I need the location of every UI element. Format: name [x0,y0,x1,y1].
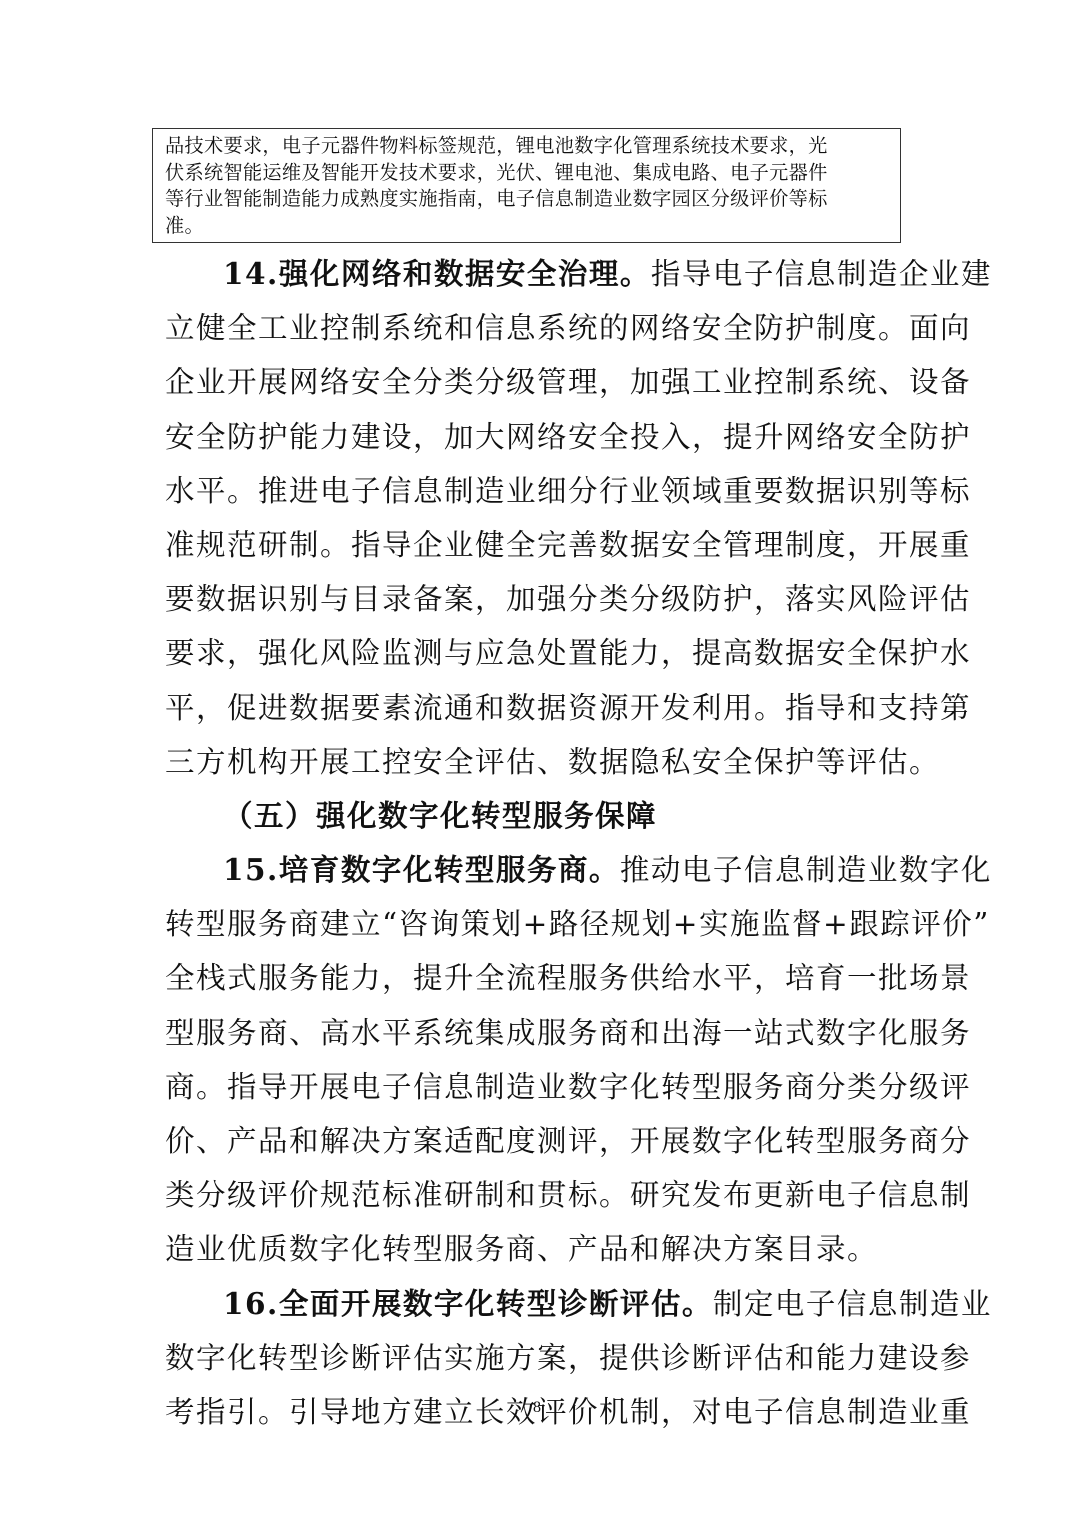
paragraph-line: 安全防护能力建设，加大网络安全投入，提升网络安全防护 [165,410,913,464]
paragraph-line: 商。指导开展电子信息制造业数字化转型服务商分类分级评 [165,1060,913,1114]
section-14-first-line: 14.强化网络和数据安全治理。指导电子信息制造企业建 [165,247,913,301]
paragraph-line: 类分级评价规范标准研制和贯标。研究发布更新电子信息制 [165,1168,913,1222]
section-15-first-line: 15.培育数字化转型服务商。推动电子信息制造业数字化 [165,843,913,897]
box-line: 准。 [165,213,890,240]
paragraph-line: 造业优质数字化转型服务商、产品和解决方案目录。 [165,1222,913,1276]
paragraph-line: 立健全工业控制系统和信息系统的网络安全防护制度。面向 [165,301,913,355]
section-16-first-line: 16.全面开展数字化转型诊断评估。制定电子信息制造业 [165,1277,913,1331]
box-line: 伏系统智能运维及智能开发技术要求，光伏、锂电池、集成电路、电子元器件 [165,160,890,187]
page-number: 8 [0,1399,1074,1417]
paragraph-line: 要数据识别与目录备案，加强分类分级防护，落实风险评估 [165,572,913,626]
paragraph-line: 三方机构开展工控安全评估、数据隐私安全保护等评估。 [165,735,913,789]
paragraph-line: 平，促进数据要素流通和数据资源开发利用。指导和支持第 [165,681,913,735]
section-15-title: 15.培育数字化转型服务商。 [223,852,620,887]
section-15-text: 推动电子信息制造业数字化 [620,853,992,887]
section-16-text: 制定电子信息制造业 [713,1287,992,1321]
boxed-standards-note: 品技术要求，电子元器件物料标签规范，锂电池数字化管理系统技术要求，光 伏系统智能… [152,128,901,243]
paragraph-line: 数字化转型诊断评估实施方案，提供诊断评估和能力建设参 [165,1331,913,1385]
section-14-text: 指导电子信息制造企业建 [651,257,992,291]
box-line: 品技术要求，电子元器件物料标签规范，锂电池数字化管理系统技术要求，光 [165,133,890,160]
paragraph-line: 转型服务商建立“咨询策划+路径规划+实施监督+跟踪评价” [165,897,913,951]
paragraph-line: 水平。推进电子信息制造业细分行业领域重要数据识别等标 [165,464,913,518]
paragraph-line: 型服务商、高水平系统集成服务商和出海一站式数字化服务 [165,1006,913,1060]
section-heading-5: （五）强化数字化转型服务保障 [165,789,913,843]
paragraph-line: 要求，强化风险监测与应急处置能力，提高数据安全保护水 [165,626,913,680]
section-14-title: 14.强化网络和数据安全治理。 [223,256,651,291]
paragraph-line: 准规范研制。指导企业健全完善数据安全管理制度，开展重 [165,518,913,572]
box-line: 等行业智能制造能力成熟度实施指南，电子信息制造业数字园区分级评价等标 [165,186,890,213]
section-16-title: 16.全面开展数字化转型诊断评估。 [223,1286,713,1321]
paragraph-line: 企业开展网络安全分类分级管理，加强工业控制系统、设备 [165,355,913,409]
document-body: 14.强化网络和数据安全治理。指导电子信息制造企业建 立健全工业控制系统和信息系… [165,247,913,1439]
paragraph-line: 全栈式服务能力，提升全流程服务供给水平，培育一批场景 [165,951,913,1005]
paragraph-line: 价、产品和解决方案适配度测评，开展数字化转型服务商分 [165,1114,913,1168]
